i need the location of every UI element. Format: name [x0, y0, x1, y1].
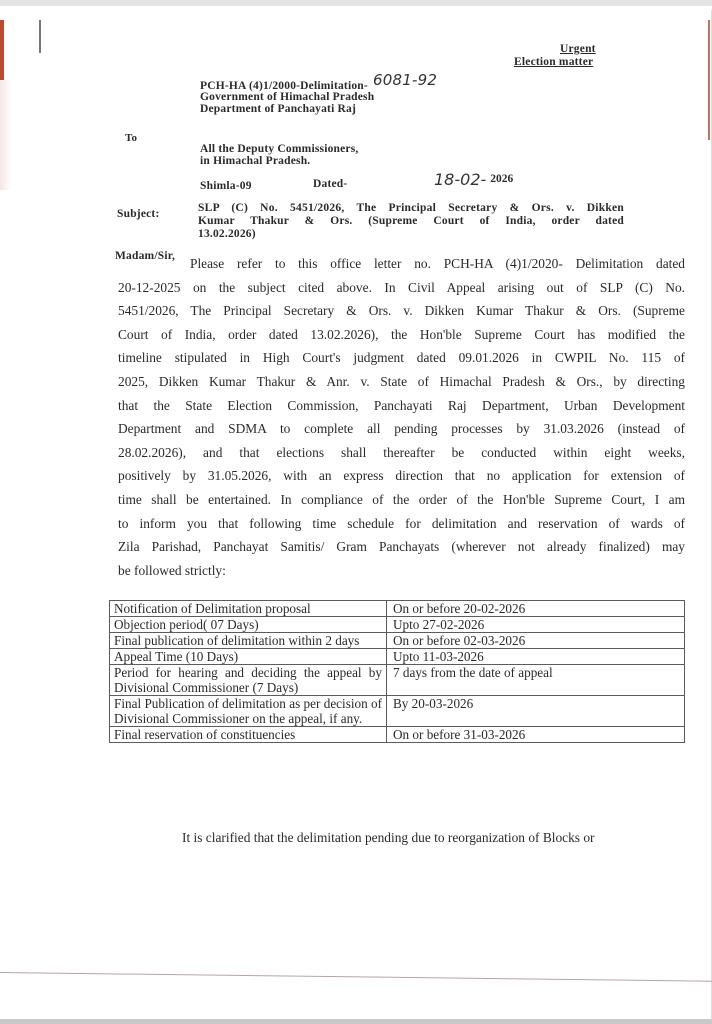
body-line: 2025, Dikken Kumar Thakur & Anr. v. Stat…	[118, 370, 685, 394]
urgent-label: Urgent	[560, 43, 596, 56]
body-line: timeline stipulated in High Court's judg…	[118, 346, 685, 370]
schedule-deadline: On or before 20-02-2026	[387, 601, 685, 617]
schedule-deadline: Upto 27-02-2026	[387, 617, 685, 633]
schedule-row: Notification of Delimitation proposalOn …	[110, 601, 685, 617]
date-year: 2026	[490, 173, 513, 185]
schedule-activity: Final Publication of delimitation as per…	[110, 696, 387, 727]
schedule-deadline: 7 days from the date of appeal	[387, 665, 685, 696]
body-line: that the State Election Commission, Panc…	[118, 394, 685, 418]
schedule-row: Final publication of delimitation within…	[110, 633, 685, 649]
schedule-row: Final reservation of constituenciesOn or…	[110, 727, 685, 743]
closing-line: It is clarified that the delimitation pe…	[182, 830, 595, 846]
body-line: Department and SDMA to complete all pend…	[118, 417, 685, 441]
subject-text-1: SLP (C) No. 5451/2026, The Principal Sec…	[198, 202, 624, 215]
schedule-deadline: On or before 31-03-2026	[387, 727, 685, 743]
addressee-line-2: in Himachal Pradesh.	[200, 155, 310, 168]
date-handwritten: 18-02-	[434, 170, 486, 189]
body-line: positively by 31.05.2026, with an expres…	[118, 464, 685, 488]
schedule-activity: Appeal Time (10 Days)	[110, 649, 387, 665]
punch-mark	[39, 20, 41, 53]
delimitation-schedule-table: Notification of Delimitation proposalOn …	[109, 600, 685, 743]
schedule-row: Final Publication of delimitation as per…	[110, 696, 685, 727]
to-label: To	[125, 132, 137, 145]
body-line: 28.02.2026), and that elections shall th…	[118, 441, 685, 465]
viewer-top-edge	[0, 0, 712, 6]
scan-edge-left	[0, 20, 4, 80]
subject-line-2: Kumar Thakur & Ors. (Supreme Court of In…	[198, 215, 624, 228]
subject-text-2: Kumar Thakur & Ors. (Supreme Court of In…	[198, 215, 624, 228]
page-fold-line	[0, 972, 712, 982]
schedule-row: Period for hearing and deciding the appe…	[110, 665, 685, 696]
schedule-activity: Objection period( 07 Days)	[110, 617, 387, 633]
subject-label: Subject:	[117, 208, 160, 221]
schedule-row: Objection period( 07 Days)Upto 27-02-202…	[110, 617, 685, 633]
scan-edge-shadow	[0, 80, 12, 190]
body-line: 5451/2026, The Principal Secretary & Ors…	[118, 299, 685, 323]
department-name: Department of Panchayati Raj	[200, 103, 356, 116]
reference-number-handwritten: 6081-92	[373, 71, 437, 89]
scan-edge-right	[708, 20, 710, 140]
body-line: 20-12-2025 on the subject cited above. I…	[118, 276, 685, 300]
schedule-activity: Notification of Delimitation proposal	[110, 601, 387, 617]
schedule-activity: Final reservation of constituencies	[110, 727, 387, 743]
body-line: to inform you that following time schedu…	[118, 512, 685, 536]
dated-label: Dated-	[313, 178, 347, 191]
body-line: time shall be entertained. In compliance…	[118, 488, 685, 512]
schedule-row: Appeal Time (10 Days)Upto 11-03-2026	[110, 649, 685, 665]
schedule-deadline: On or before 02-03-2026	[387, 633, 685, 649]
subject-line-1: SLP (C) No. 5451/2026, The Principal Sec…	[198, 202, 624, 215]
date-value: 18-02- 2026	[434, 170, 513, 190]
schedule-activity: Period for hearing and deciding the appe…	[110, 665, 387, 696]
schedule-deadline: By 20-03-2026	[387, 696, 685, 727]
election-matter-label: Election matter	[514, 56, 593, 69]
schedule-activity: Final publication of delimitation within…	[110, 633, 387, 649]
body-line: Zila Parishad, Panchayat Samitis/ Gram P…	[118, 535, 685, 559]
body-paragraph: Please refer to this office letter no. P…	[118, 252, 685, 582]
body-line: Please refer to this office letter no. P…	[118, 252, 685, 276]
body-line: be followed strictly:	[118, 559, 685, 583]
subject-line-3: 13.02.2026)	[198, 228, 256, 241]
viewer-bottom-edge	[0, 1019, 712, 1024]
place: Shimla-09	[200, 180, 252, 193]
schedule-deadline: Upto 11-03-2026	[387, 649, 685, 665]
body-line: Court of India, order dated 13.02.2026),…	[118, 323, 685, 347]
